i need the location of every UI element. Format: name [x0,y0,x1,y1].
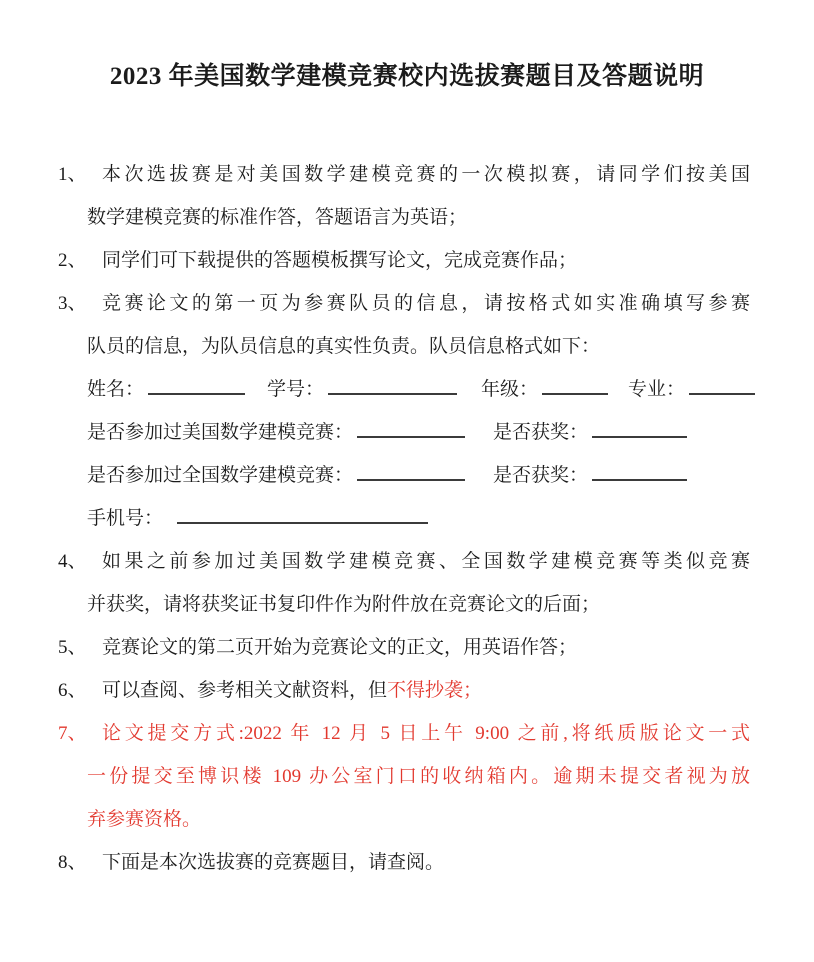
member-info-row-national-contest: 是否参加过全国数学建模竞赛：是否获奖： [87,454,750,497]
item-number: 1、 [58,153,87,196]
list-item-1: 1、 本次选拔赛是对美国数学建模竞赛的一次模拟赛，请同学们按美国 数学建模竞赛的… [87,153,750,239]
national-award-label: 是否获奖： [493,465,588,486]
item-line: 本次选拔赛是对美国数学建模竞赛的一次模拟赛，请同学们按美国 [87,153,750,196]
us-award-label: 是否获奖： [493,422,588,443]
student-id-label: 学号： [267,379,324,400]
phone-blank-line [177,506,428,524]
item-number: 4、 [58,540,87,583]
grade-blank-line [542,377,608,395]
national-contest-label: 是否参加过全国数学建模竞赛： [87,465,353,486]
item-line: 数学建模竞赛的标准作答，答题语言为英语； [87,196,750,239]
item-line: 并获奖，请将获奖证书复印件作为附件放在竞赛论文的后面； [87,583,750,626]
document-page: 2023 年美国数学建模竞赛校内选拔赛题目及答题说明 1、 本次选拔赛是对美国数… [0,0,814,962]
list-item-6: 6、 可以查阅、参考相关文献资料，但不得抄袭； [87,669,750,712]
item-line: 一份提交至博识楼 109 办公室门口的收纳箱内。逾期未提交者视为放 [87,755,750,798]
item-line: 可以查阅、参考相关文献资料，但不得抄袭； [87,669,750,712]
item-line: 下面是本次选拔赛的竞赛题目，请查阅。 [87,841,750,884]
student-id-blank-line [328,377,457,395]
item-line: 竞赛论文的第一页为参赛队员的信息，请按格式如实准确填写参赛 [87,282,750,325]
list-item-8: 8、 下面是本次选拔赛的竞赛题目，请查阅。 [87,841,750,884]
list-item-2: 2、 同学们可下载提供的答题模板撰写论文，完成竞赛作品； [87,239,750,282]
name-blank-line [148,377,245,395]
major-blank-line [689,377,755,395]
us-award-blank-line [592,420,687,438]
item-line: 队员的信息，为队员信息的真实性负责。队员信息格式如下： [87,325,750,368]
major-label: 专业： [628,379,685,400]
item-line: 竞赛论文的第二页开始为竞赛论文的正文，用英语作答； [87,626,750,669]
us-contest-blank-line [357,420,465,438]
page-title: 2023 年美国数学建模竞赛校内选拔赛题目及答题说明 [0,0,814,96]
list-item-7-submission-deadline: 7、 论文提交方式:2022 年 12 月 5 日上午 9:00 之前,将纸质版… [87,712,750,841]
list-item-4: 4、 如果之前参加过美国数学建模竞赛、全国数学建模竞赛等类似竞赛 并获奖，请将获… [87,540,750,626]
item-number: 3、 [58,282,87,325]
national-contest-blank-line [357,463,465,481]
member-info-row-phone: 手机号： [87,497,750,540]
national-award-blank-line [592,463,687,481]
item-number: 2、 [58,239,87,282]
item-number: 8、 [58,841,87,884]
us-contest-label: 是否参加过美国数学建模竞赛： [87,422,353,443]
item-number: 7、 [58,712,87,755]
phone-label: 手机号： [87,508,163,529]
grade-label: 年级： [481,379,538,400]
member-info-row-us-contest: 是否参加过美国数学建模竞赛：是否获奖： [87,411,750,454]
item-number: 5、 [58,626,87,669]
list-item-5: 5、 竞赛论文的第二页开始为竞赛论文的正文，用英语作答； [87,626,750,669]
item-line: 论文提交方式:2022 年 12 月 5 日上午 9:00 之前,将纸质版论文一… [87,712,750,755]
item-line: 同学们可下载提供的答题模板撰写论文，完成竞赛作品； [87,239,750,282]
member-info-row-basic: 姓名：学号：年级：专业： [87,368,750,411]
name-label: 姓名： [87,379,144,400]
no-plagiarism-warning: 不得抄袭； [387,680,482,701]
list-item-3: 3、 竞赛论文的第一页为参赛队员的信息，请按格式如实准确填写参赛 队员的信息，为… [87,282,750,540]
instructions-list: 1、 本次选拔赛是对美国数学建模竞赛的一次模拟赛，请同学们按美国 数学建模竞赛的… [87,153,750,884]
item-text-black: 可以查阅、参考相关文献资料，但 [102,680,387,701]
item-line: 弃参赛资格。 [87,798,750,841]
item-number: 6、 [58,669,87,712]
item-line: 如果之前参加过美国数学建模竞赛、全国数学建模竞赛等类似竞赛 [87,540,750,583]
